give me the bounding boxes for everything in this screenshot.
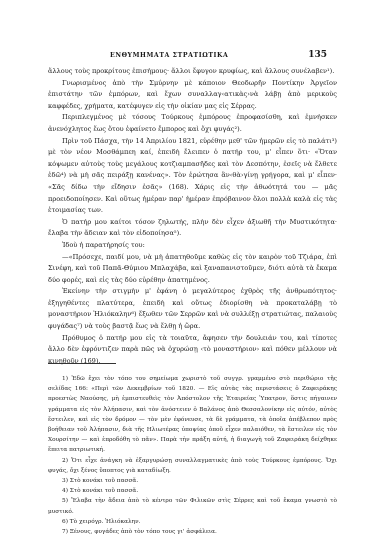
paragraph: ἄλλους τοὺς προκρίτους ἐπισήμους· ἄλλοι … — [48, 66, 337, 78]
paragraph: Περιπλεγμένος μὲ τόσους Τούρκους ἐμπόρου… — [48, 112, 337, 135]
footnote: 3) Στὸ κονάκι τοῦ πασσᾶ. — [48, 476, 337, 486]
footnote: 4) Στὸ κονάκι τοῦ πασσᾶ. — [48, 486, 337, 496]
footnote: 1) Ἐδῶ ἔχει τὸν τόπο του σημείωμα χωριστ… — [48, 374, 337, 456]
running-title: ΕΝΘΥΜΗΜΑΤΑ ΣΤΡΑΤΙΩΤΙΚΑ — [110, 52, 228, 59]
footnote: 7) Ξένους, φυγάδες ἀπὸ τὸν τόπο τους γι'… — [48, 527, 337, 537]
footnote: 2) Ὅτι εἶχε ἀνάγκη νὰ ἐξαργυρώσῃ συναλλα… — [48, 456, 337, 476]
footnotes: 1) Ἐδῶ ἔχει τὸν τόπο του σημείωμα χωριστ… — [48, 374, 337, 537]
paragraph: Πρὶν τοῦ Πάσχα, τὴν 14 Ἀπριλίου 1821, εὑ… — [48, 136, 337, 217]
main-text: ἄλλους τοὺς προκρίτους ἐπισήμους· ἄλλοι … — [48, 66, 337, 367]
paragraph: Ὁ πατήρ μου καίτοι τόσον ζηλωτής, πλὴν δ… — [48, 217, 337, 240]
paragraph: Ἰδοὺ ἡ παρατήρησίς του: — [48, 240, 337, 252]
footnote: 5) Ἔλαβα τὴν ἄδεια ἀπὸ τὸ κέντρο τῶν Φιλ… — [48, 496, 337, 516]
footnote-separator — [48, 363, 116, 364]
footnote: 6) Τὸ χειρόγρ. Ἠλιόκαλην. — [48, 517, 337, 527]
page-number: 135 — [308, 50, 327, 60]
quote-paragraph: —«Πρόσεχε, παιδί μου, νὰ μὴ ἀπατηθοῦμε κ… — [48, 252, 337, 287]
page-header: ΕΝΘΥΜΗΜΑΤΑ ΣΤΡΑΤΙΩΤΙΚΑ 135 — [48, 52, 337, 62]
paragraph: Γνωρισμένος ἀπὸ τὴν Σμύρνην μὲ κάποιον Θ… — [48, 78, 337, 113]
paragraph: Ἐκείνην τὴν στιγμὴν μ' ἐφάνη ὁ μεγαλύτερ… — [48, 286, 337, 332]
